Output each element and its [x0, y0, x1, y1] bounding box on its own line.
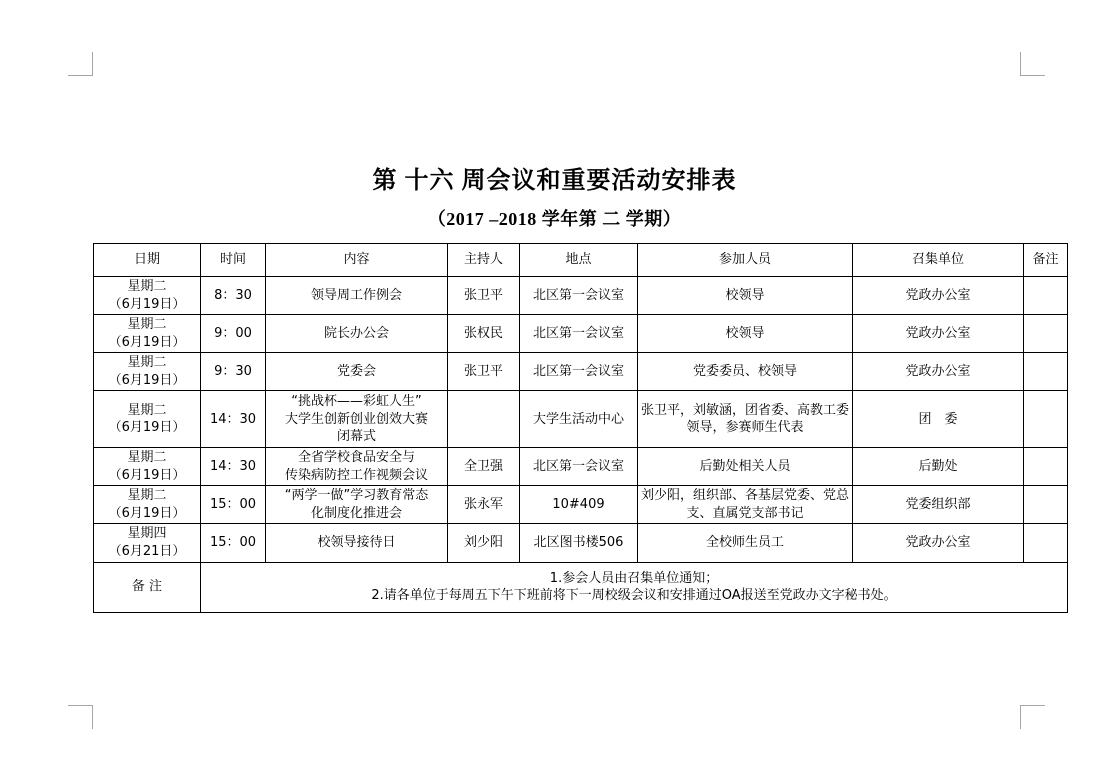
cell-participants: 全校师生员工 — [638, 524, 853, 562]
cell-content: 院长办公会 — [266, 315, 448, 353]
cell-participants: 张卫平，刘敏涵，团省委、高教工委领导，参赛师生代表 — [638, 391, 853, 448]
page-title: 第 十六 周会议和重要活动安排表 — [0, 160, 1109, 195]
cell-host: 刘少阳 — [448, 524, 520, 562]
cell-host — [448, 391, 520, 448]
cell-participants: 党委委员、校领导 — [638, 353, 853, 391]
table-row: 星期二 （6月19日） 14：30 全省学校食品安全与 传染病防控工作视频会议 … — [94, 448, 1068, 486]
cell-time: 14：30 — [201, 391, 266, 448]
document-page: 第 十六 周会议和重要活动安排表 （2017 –2018 学年第 二 学期） 日… — [0, 0, 1109, 772]
corner-crop-mark-bottom-right — [1020, 705, 1045, 729]
col-header-remark: 备注 — [1024, 244, 1068, 277]
col-header-host: 主持人 — [448, 244, 520, 277]
cell-location: 北区第一会议室 — [520, 277, 638, 315]
col-header-content: 内容 — [266, 244, 448, 277]
cell-organizer: 党政办公室 — [853, 524, 1024, 562]
cell-content: 全省学校食品安全与 传染病防控工作视频会议 — [266, 448, 448, 486]
cell-location: 北区第一会议室 — [520, 353, 638, 391]
cell-location: 10#409 — [520, 486, 638, 524]
cell-participants: 后勤处相关人员 — [638, 448, 853, 486]
cell-participants: 校领导 — [638, 277, 853, 315]
cell-remark — [1024, 315, 1068, 353]
col-header-location: 地点 — [520, 244, 638, 277]
cell-host: 全卫强 — [448, 448, 520, 486]
cell-remark — [1024, 486, 1068, 524]
cell-organizer: 党政办公室 — [853, 277, 1024, 315]
cell-location: 北区第一会议室 — [520, 448, 638, 486]
table-header-row: 日期 时间 内容 主持人 地点 参加人员 召集单位 备注 — [94, 244, 1068, 277]
cell-remark — [1024, 277, 1068, 315]
notes-row: 备 注 1.参会人员由召集单位通知； 2.请各单位于每周五下午下班前将下一周校级… — [94, 562, 1068, 612]
cell-time: 15：00 — [201, 524, 266, 562]
cell-organizer: 党政办公室 — [853, 353, 1024, 391]
cell-remark — [1024, 391, 1068, 448]
table-row: 星期二 （6月19日） 9：30 党委会 张卫平 北区第一会议室 党委委员、校领… — [94, 353, 1068, 391]
cell-host: 张卫平 — [448, 353, 520, 391]
cell-host: 张权民 — [448, 315, 520, 353]
cell-organizer: 后勤处 — [853, 448, 1024, 486]
cell-time: 9：30 — [201, 353, 266, 391]
cell-host: 张卫平 — [448, 277, 520, 315]
cell-remark — [1024, 448, 1068, 486]
cell-participants: 刘少阳，组织部、各基层党委、党总支、直属党支部书记 — [638, 486, 853, 524]
cell-content: 领导周工作例会 — [266, 277, 448, 315]
table-row: 星期二 （6月19日） 9：00 院长办公会 张权民 北区第一会议室 校领导 党… — [94, 315, 1068, 353]
col-header-time: 时间 — [201, 244, 266, 277]
cell-date: 星期二 （6月19日） — [94, 315, 201, 353]
cell-participants: 校领导 — [638, 315, 853, 353]
col-header-organizer: 召集单位 — [853, 244, 1024, 277]
cell-time: 15：00 — [201, 486, 266, 524]
table-row: 星期四 （6月21日） 15：00 校领导接待日 刘少阳 北区图书楼506 全校… — [94, 524, 1068, 562]
cell-content: 校领导接待日 — [266, 524, 448, 562]
notes-text: 1.参会人员由召集单位通知； 2.请各单位于每周五下午下班前将下一周校级会议和安… — [201, 562, 1068, 612]
page-subtitle: （2017 –2018 学年第 二 学期） — [0, 205, 1109, 231]
cell-date: 星期二 （6月19日） — [94, 391, 201, 448]
col-header-date: 日期 — [94, 244, 201, 277]
table-row: 星期二 （6月19日） 15：00 “两学一做”学习教育常态 化制度化推进会 张… — [94, 486, 1068, 524]
cell-time: 14：30 — [201, 448, 266, 486]
cell-location: 北区第一会议室 — [520, 315, 638, 353]
cell-date: 星期二 （6月19日） — [94, 277, 201, 315]
schedule-table: 日期 时间 内容 主持人 地点 参加人员 召集单位 备注 星期二 （6月19日）… — [93, 243, 1068, 613]
cell-remark — [1024, 353, 1068, 391]
cell-content: “挑战杯——彩虹人生” 大学生创新创业创效大赛 闭幕式 — [266, 391, 448, 448]
cell-location: 大学生活动中心 — [520, 391, 638, 448]
col-header-participants: 参加人员 — [638, 244, 853, 277]
cell-host: 张永军 — [448, 486, 520, 524]
table-row: 星期二 （6月19日） 14：30 “挑战杯——彩虹人生” 大学生创新创业创效大… — [94, 391, 1068, 448]
cell-date: 星期二 （6月19日） — [94, 486, 201, 524]
cell-organizer: 党委组织部 — [853, 486, 1024, 524]
cell-content: 党委会 — [266, 353, 448, 391]
cell-organizer: 党政办公室 — [853, 315, 1024, 353]
cell-location: 北区图书楼506 — [520, 524, 638, 562]
cell-content: “两学一做”学习教育常态 化制度化推进会 — [266, 486, 448, 524]
cell-organizer: 团 委 — [853, 391, 1024, 448]
notes-label: 备 注 — [94, 562, 201, 612]
cell-date: 星期四 （6月21日） — [94, 524, 201, 562]
corner-crop-mark-top-left — [68, 52, 93, 76]
corner-crop-mark-bottom-left — [68, 705, 93, 729]
cell-date: 星期二 （6月19日） — [94, 353, 201, 391]
cell-time: 8：30 — [201, 277, 266, 315]
table-row: 星期二 （6月19日） 8：30 领导周工作例会 张卫平 北区第一会议室 校领导… — [94, 277, 1068, 315]
corner-crop-mark-top-right — [1020, 52, 1045, 76]
cell-date: 星期二 （6月19日） — [94, 448, 201, 486]
cell-remark — [1024, 524, 1068, 562]
cell-time: 9：00 — [201, 315, 266, 353]
